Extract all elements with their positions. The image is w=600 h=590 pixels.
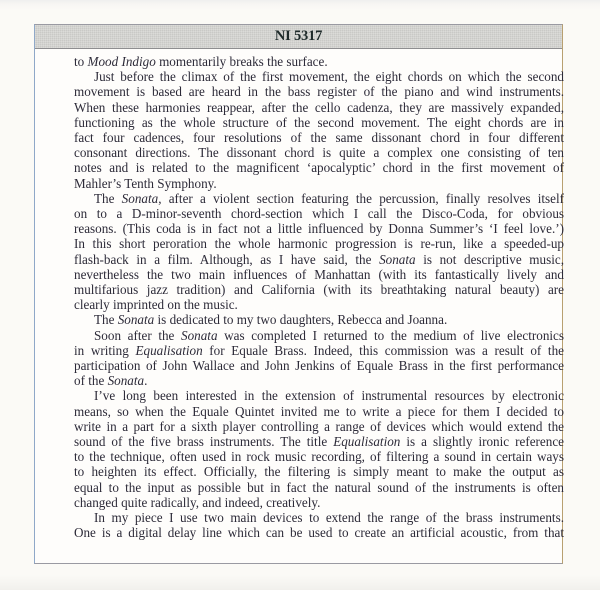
text-run: of the [74, 373, 108, 388]
paragraph: Soon after the Sonata was completed I re… [74, 328, 564, 389]
text-line: The Sonata, after a violent section feat… [74, 191, 564, 206]
text-run: is not descriptive music, [416, 252, 564, 267]
text-line: write in a part for a sixth player contr… [74, 419, 564, 434]
text-run: In my piece I use two main devices to ex… [94, 510, 564, 525]
text-line: When these harmonies reappear, after the… [74, 100, 564, 115]
text-run: Mahler’s Tenth Symphony. [74, 176, 217, 191]
paragraph: I’ve long been interested in the extensi… [74, 388, 564, 510]
header-band: NI 5317 [35, 25, 562, 49]
text-run: When these harmonies reappear, after the… [74, 100, 564, 115]
text-line: to heighten its effect. Officially, the … [74, 464, 564, 479]
text-run: in writing [74, 343, 135, 358]
text-run: . [144, 373, 147, 388]
text-line: nevertheless the two main influences of … [74, 267, 564, 282]
text-run: functioning as the whole structure of th… [74, 115, 564, 130]
liner-notes-body: to Mood Indigo momentarily breaks the su… [74, 54, 564, 541]
text-run: was completed I returned to the medium o… [218, 328, 564, 343]
text-run: momentarily breaks the surface. [156, 54, 328, 69]
text-run: One is a digital delay line which can be… [74, 525, 564, 540]
text-run: to heighten its effect. Officially, the … [74, 464, 564, 479]
text-line: fact four cadences, four resolutions of … [74, 130, 564, 145]
text-line: consonant directions. The dissonant chor… [74, 145, 564, 160]
text-run: The [94, 312, 118, 327]
text-run: is dedicated to my two daughters, Rebecc… [154, 312, 447, 327]
text-line: of the Sonata. [74, 373, 564, 388]
text-line: I’ve long been interested in the extensi… [74, 388, 564, 403]
text-line: Mahler’s Tenth Symphony. [74, 176, 564, 191]
text-line: Just before the climax of the first move… [74, 69, 564, 84]
text-run: nevertheless the two main influences of … [74, 267, 564, 282]
text-run: The [94, 191, 122, 206]
text-run: is a slightly ironic reference [400, 434, 564, 449]
text-line: multifarious jazz tradition) and Califor… [74, 282, 564, 297]
text-run: flash-back in a film. Although, as I hav… [74, 252, 379, 267]
text-run: on to a D-minor-seventh chord-section wh… [74, 206, 564, 221]
text-line: in writing Equalisation for Equale Brass… [74, 343, 564, 358]
text-run: means, so when the Equale Quintet invite… [74, 404, 564, 419]
italic-title: Mood Indigo [88, 54, 156, 69]
italic-title: Sonata [122, 191, 159, 206]
text-line: In my piece I use two main devices to ex… [74, 510, 564, 525]
text-line: reasons. (This coda is in fact not a lit… [74, 221, 564, 236]
text-run: clearly imprinted on the music. [74, 297, 238, 312]
italic-title: Sonata [379, 252, 416, 267]
italic-title: Sonata [181, 328, 218, 343]
text-run: , after a violent section featuring the … [158, 191, 564, 206]
catalog-number: NI 5317 [275, 25, 322, 48]
italic-title: Sonata [108, 373, 145, 388]
text-run: movement is based are heard in the bass … [74, 84, 564, 99]
text-line: functioning as the whole structure of th… [74, 115, 564, 130]
text-line: participation of John Wallace and John J… [74, 358, 564, 373]
text-run: equal to the input as possible but in fa… [74, 480, 564, 495]
paragraph: to Mood Indigo momentarily breaks the su… [74, 54, 564, 69]
text-line: to the technique, often used in rock mus… [74, 449, 564, 464]
paragraph: Just before the climax of the first move… [74, 69, 564, 191]
text-line: on to a D-minor-seventh chord-section wh… [74, 206, 564, 221]
text-run: to the technique, often used in rock mus… [74, 449, 564, 464]
text-frame: NI 5317 to Mood Indigo momentarily break… [34, 24, 563, 564]
booklet-page: NI 5317 to Mood Indigo momentarily break… [0, 0, 600, 590]
italic-title: Sonata [118, 312, 155, 327]
text-line: One is a digital delay line which can be… [74, 525, 564, 540]
text-run: fact four cadences, four resolutions of … [74, 130, 564, 145]
text-run: I’ve long been interested in the extensi… [94, 388, 564, 403]
paragraph: In my piece I use two main devices to ex… [74, 510, 564, 540]
text-line: In this short peroration the whole harmo… [74, 236, 564, 251]
text-line: means, so when the Equale Quintet invite… [74, 404, 564, 419]
text-run: reasons. (This coda is in fact not a lit… [74, 221, 564, 236]
text-run: notes and is related to the magnificent … [74, 160, 564, 175]
italic-title: Equalisation [135, 343, 202, 358]
text-run: write in a part for a sixth player contr… [74, 419, 564, 434]
text-line: movement is based are heard in the bass … [74, 84, 564, 99]
paragraph: The Sonata, after a violent section feat… [74, 191, 564, 313]
text-line: equal to the input as possible but in fa… [74, 480, 564, 495]
text-line: sound of the five brass instruments. The… [74, 434, 564, 449]
paragraph: The Sonata is dedicated to my two daught… [74, 312, 564, 327]
text-line: The Sonata is dedicated to my two daught… [74, 312, 564, 327]
text-line: flash-back in a film. Although, as I hav… [74, 252, 564, 267]
text-run: changed quite radically, and indeed, cre… [74, 495, 320, 510]
text-line: clearly imprinted on the music. [74, 297, 564, 312]
text-run: for Equale Brass. Indeed, this commissio… [203, 343, 564, 358]
italic-title: Equalisation [333, 434, 400, 449]
text-run: to [74, 54, 88, 69]
text-run: Just before the climax of the first move… [94, 69, 564, 84]
text-line: changed quite radically, and indeed, cre… [74, 495, 564, 510]
text-run: consonant directions. The dissonant chor… [74, 145, 564, 160]
text-run: multifarious jazz tradition) and Califor… [74, 282, 564, 297]
text-line: Soon after the Sonata was completed I re… [74, 328, 564, 343]
text-run: In this short peroration the whole harmo… [74, 236, 564, 251]
text-line: notes and is related to the magnificent … [74, 160, 564, 175]
text-line: to Mood Indigo momentarily breaks the su… [74, 54, 564, 69]
text-run: sound of the five brass instruments. The… [74, 434, 333, 449]
text-run: Soon after the [94, 328, 181, 343]
text-run: participation of John Wallace and John J… [74, 358, 564, 373]
